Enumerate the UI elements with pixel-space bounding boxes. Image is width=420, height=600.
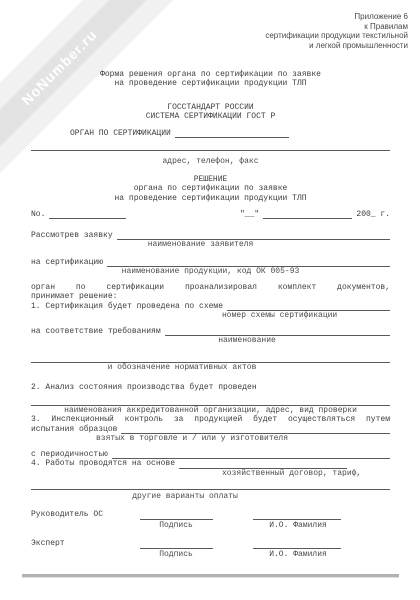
field-scheme-hint: номер схемы сертификации	[31, 311, 390, 320]
field-certification-hint: наименование продукции, код ОК 005-93	[31, 267, 390, 276]
works-basis-blank-line	[179, 460, 347, 469]
periodicity-blank-line	[112, 450, 390, 459]
field-requirements: на соответствие требованиям наименование	[31, 327, 390, 346]
inspection-line: 3. Инспекционный контроль за продукцией …	[31, 415, 390, 424]
decision-title-line: на проведение сертификации продукции ТЛП	[31, 194, 390, 203]
field-application-blank-line	[117, 231, 390, 240]
cert-org-row: ОРГАН ПО СЕРТИФИКАЦИИ	[31, 129, 390, 138]
appendix-block: Приложение 6 к Правилам сертификации про…	[108, 12, 408, 50]
signature-row-expert: Эксперт Подпись И.О. Фамилия	[31, 539, 390, 559]
field-application-label: Рассмотрев заявку	[31, 231, 113, 240]
decision-paragraph: орган по сертификации проанализировал ко…	[31, 283, 390, 320]
signature-blank-line	[140, 540, 213, 549]
decision-title-line: органа по сертификации по заявке	[31, 184, 390, 193]
normative-acts-block: и обозначение нормативных актов	[31, 362, 390, 372]
field-scheme-label: 1. Сертификация будет проведена по схеме	[31, 302, 223, 311]
signature-row-head: Руководитель ОС Подпись И.О. Фамилия	[31, 510, 390, 530]
field-requirements-hint: наименование	[31, 336, 390, 345]
inspection-block: наименования аккредитованной организации…	[31, 405, 390, 443]
decision-title-line: РЕШЕНИЕ	[31, 175, 390, 184]
org-header-line: ГОССТАНДАРТ РОССИИ	[31, 103, 390, 112]
inspection-samples-blank-line	[121, 425, 390, 434]
decision-paragraph-line: орган по сертификации проанализировал ко…	[31, 283, 390, 292]
appendix-line: и легкой промышленности	[108, 41, 408, 51]
bottom-divider-bar	[22, 574, 399, 578]
document-page: NoNumber.ru Приложение 6 к Правилам серт…	[0, 0, 420, 600]
address-hint: адрес, телефон, факс	[31, 157, 390, 166]
number-date-row: No. "__" 200_ г.	[31, 210, 390, 219]
number-blank-line	[49, 210, 126, 219]
clause-production-analysis: 2. Анализ состояния производства будет п…	[31, 383, 390, 392]
form-caption-line: Форма решения органа по сертификации по …	[31, 70, 390, 79]
date-part: "__" 200_ г.	[240, 210, 390, 219]
signature-role: Руководитель ОС	[31, 510, 103, 519]
periodicity-label: с периодичностью	[31, 450, 108, 459]
form-caption-line: на проведение сертификации продукции ТЛП	[31, 79, 390, 88]
number-label: No.	[31, 210, 45, 219]
field-certification-label: на сертификацию	[31, 258, 103, 267]
field-requirements-label: на соответствие требованиям	[31, 327, 161, 336]
date-blank-line	[263, 210, 352, 219]
cert-org-blank-line	[175, 129, 289, 138]
signature-blank-line	[253, 511, 341, 520]
field-certification-blank-line	[107, 258, 390, 267]
divider-line	[31, 150, 390, 151]
inspection-samples-label: испытания образцов	[31, 425, 117, 434]
works-basis-hint: хозяйственный договор, тариф,	[31, 469, 390, 478]
signature-sign-hint: Подпись	[126, 550, 226, 559]
normative-acts-hint: и обозначение нормативных актов	[31, 363, 390, 372]
payment-options-hint: другие варианты оплаты	[31, 490, 390, 501]
field-certification: на сертификацию наименование продукции, …	[31, 258, 390, 277]
org-header: ГОССТАНДАРТ РОССИИ СИСТЕМА СЕРТИФИКАЦИИ …	[31, 103, 390, 122]
org-header-line: СИСТЕМА СЕРТИФИКАЦИИ ГОСТ Р	[31, 112, 390, 121]
form-caption: Форма решения органа по сертификации по …	[31, 70, 390, 89]
signature-role: Эксперт	[31, 539, 65, 548]
date-quotes: "__"	[240, 210, 259, 219]
field-application: Рассмотрев заявку наименование заявителя	[31, 231, 390, 250]
signature-name-hint: И.О. Фамилия	[247, 550, 349, 559]
decision-title: РЕШЕНИЕ органа по сертификации по заявке…	[31, 175, 390, 203]
field-application-hint: наименование заявителя	[31, 240, 390, 249]
inspection-samples-hint: взятых в торговле и / или у изготовителя	[31, 434, 390, 443]
signature-blank-line	[140, 511, 213, 520]
signature-name-hint: И.О. Фамилия	[247, 521, 349, 530]
decision-paragraph-line: принимает решение:	[31, 292, 390, 301]
number-part: No.	[31, 210, 126, 219]
field-requirements-blank-line	[165, 327, 390, 336]
signature-sign-hint: Подпись	[126, 521, 226, 530]
signature-blank-line	[253, 540, 341, 549]
works-block: с периодичностью 4. Работы проводятся на…	[31, 450, 390, 478]
appendix-line: Приложение 6	[108, 12, 408, 22]
cert-org-label: ОРГАН ПО СЕРТИФИКАЦИИ	[70, 129, 171, 138]
field-scheme-blank-line	[227, 302, 390, 311]
payment-options-block: другие варианты оплаты	[31, 489, 390, 501]
appendix-line: к Правилам	[108, 22, 408, 32]
accredited-org-hint: наименования аккредитованной организации…	[31, 406, 390, 415]
appendix-line: сертификации продукции текстильной	[108, 31, 408, 41]
year-label: 200_ г.	[356, 210, 390, 219]
works-basis-label: 4. Работы проводятся на основе	[31, 459, 175, 468]
